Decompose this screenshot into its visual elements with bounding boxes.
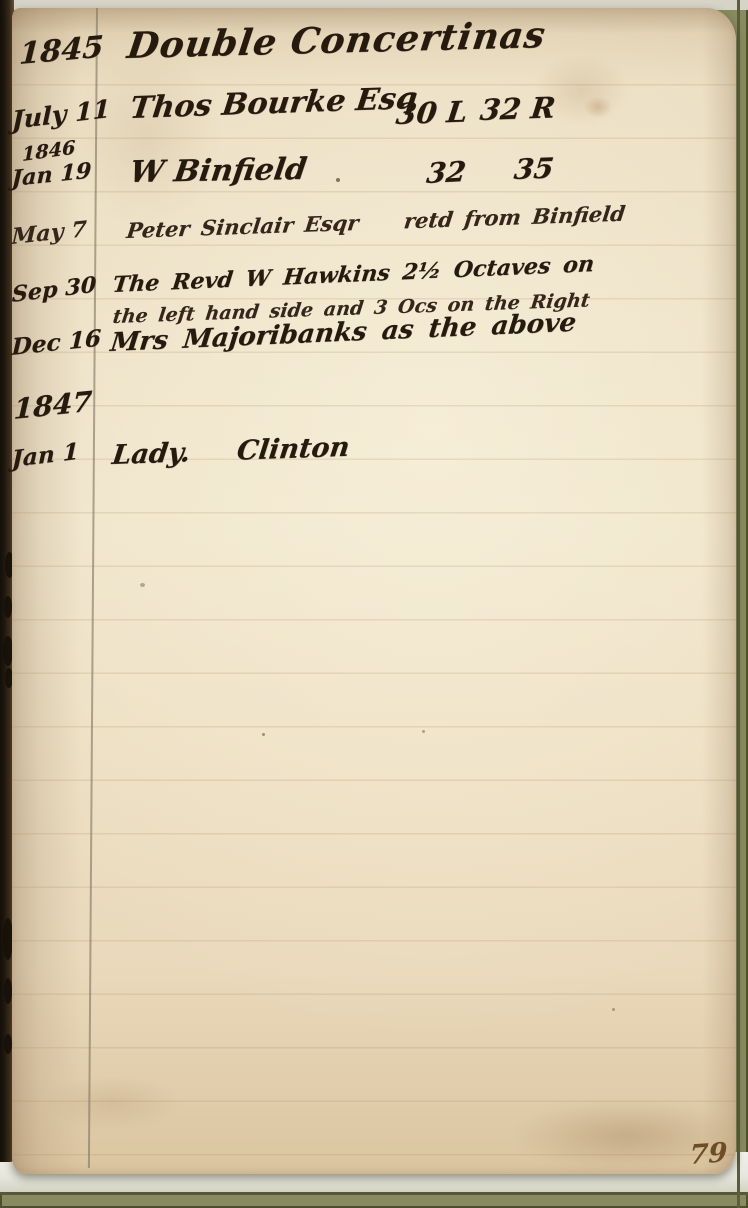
ink-speck: [612, 1008, 615, 1011]
keys-left: 32: [425, 158, 467, 188]
entry-date: May 7: [11, 218, 87, 248]
ink-speck: [336, 178, 340, 182]
entry-text: W Binfield: [128, 155, 309, 188]
entry-date: Sep 30: [12, 274, 97, 306]
frame-edge-right: [737, 0, 740, 1208]
ink-speck: [262, 733, 265, 736]
entry-text: The Revd W Hawkins 2½ Octaves on: [111, 253, 595, 296]
keys-right: 35: [513, 155, 556, 184]
keys-left: 30 L: [394, 98, 469, 129]
frame-edge-bottom: [0, 1192, 748, 1195]
ledger-scan: 1845 Double Concertinas July 11 Thos Bou…: [0, 0, 748, 1208]
keys-right: 32 R: [478, 93, 557, 125]
page-heading-title: Double Concertinas: [125, 17, 548, 64]
stain: [48, 1076, 178, 1130]
ink-speck: [422, 730, 425, 733]
entry-date: Dec 16: [11, 327, 101, 359]
entry-text: Thos Bourke Esq: [128, 84, 419, 124]
binding-notch: [4, 596, 12, 618]
entry-text: Peter Sinclair Esqr retd from Binfield: [125, 203, 626, 241]
binding-notch: [4, 978, 12, 1004]
stain: [584, 96, 612, 118]
entry-date: Jan 1: [12, 440, 80, 471]
entry-text: Lady. Clinton: [111, 434, 351, 469]
ledger-page: 1845 Double Concertinas July 11 Thos Bou…: [12, 8, 736, 1174]
page-number: 79: [689, 1139, 728, 1169]
entry-date: Jan 19: [11, 160, 91, 190]
page-heading-year: 1845: [18, 33, 104, 70]
ink-speck: [140, 583, 145, 587]
entry-year: 1847: [13, 388, 93, 424]
binding-notch: [4, 1034, 12, 1054]
